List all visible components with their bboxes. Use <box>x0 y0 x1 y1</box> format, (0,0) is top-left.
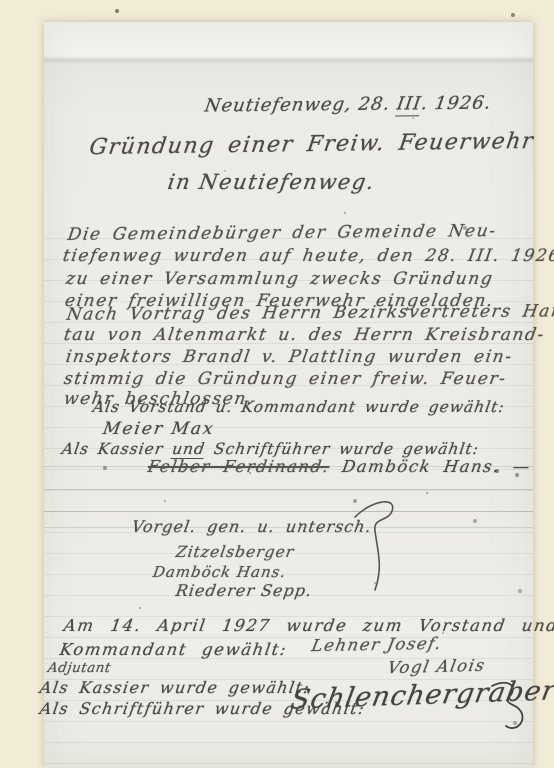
signature: Damböck Hans. <box>152 563 288 581</box>
scan-band <box>44 58 533 62</box>
election-role-line: Als Kassier und Schriftführer wurde gewä… <box>61 440 481 458</box>
ruled-line <box>44 511 533 512</box>
elected-names: Felber Ferdinand. Damböck Hans. — <box>146 457 532 476</box>
approval-line: Vorgel. gen. u. untersch. <box>130 517 373 536</box>
body-line: inspektors Brandl v. Plattling wurden ei… <box>64 347 514 367</box>
body-line: tiefenweg wurden auf heute, den 28. III.… <box>61 246 554 266</box>
elected-name: Vogl Alois <box>386 656 487 678</box>
body-line: zu einer Versammlung zwecks Gründung <box>64 269 495 289</box>
dateline: Neutiefenweg, 28. III. 1926. <box>203 93 493 117</box>
addendum-line: Am 14. April 1927 wurde zum Vorstand und <box>62 616 554 635</box>
role-text: Als Kassier <box>61 440 174 458</box>
role-text: Schriftführer wurde gewählt: <box>204 440 481 458</box>
ruled-line <box>44 489 533 490</box>
addendum-line: Als Kassier wurde gewählt: <box>38 678 311 697</box>
dateline-place: Neutiefenweg, 28. <box>203 93 398 116</box>
signature: Riederer Sepp. <box>174 581 313 600</box>
elected-name: Meier Max <box>101 419 216 439</box>
body-line: tau von Altenmarkt u. des Herrn Kreisbra… <box>62 325 546 345</box>
body-line: Die Gemeindebürger der Gemeinde Neu- <box>66 221 498 245</box>
elected-name: Lehner Josef. <box>310 634 444 655</box>
scanned-document-frame: Neutiefenweg, 28. III. 1926. Gründung ei… <box>0 0 554 768</box>
elected-name: Damböck Hans. — <box>341 457 533 476</box>
election-role-line: Als Vorstand u. Kommandant wurde gewählt… <box>92 398 507 416</box>
addendum-margin-word: Adjutant <box>47 660 112 676</box>
document-subtitle: in Neutiefenweg. <box>166 170 377 194</box>
signature: Zitzelsberger <box>175 543 296 561</box>
addendum-line: Kommandant gewählt: <box>58 640 288 659</box>
body-line: Nach Vortrag des Herrn Bezirksvertreters… <box>65 301 554 324</box>
struck-name: Felber Ferdinand. <box>146 457 330 476</box>
body-line: stimmig die Gründung einer freiw. Feuer- <box>62 369 508 389</box>
dust-specks <box>44 22 46 24</box>
dateline-year: . 1926. <box>420 93 493 115</box>
